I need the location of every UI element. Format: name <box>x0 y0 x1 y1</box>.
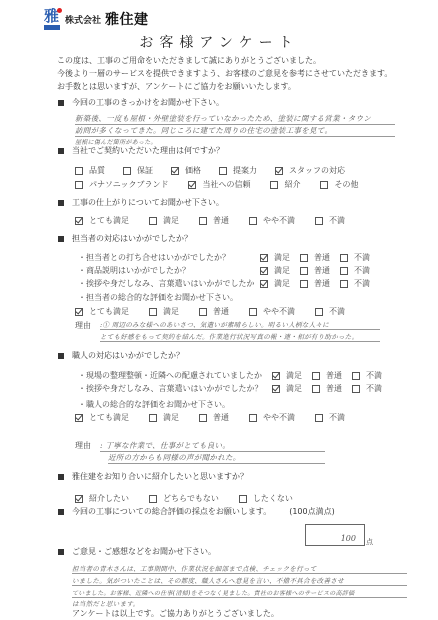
q8-answer-line-2: いました。気がついたことは、その都度、職人さんへ意見を言い、不備不具合を改善させ <box>72 576 407 586</box>
checkbox[interactable] <box>270 181 278 189</box>
checkbox-checked[interactable] <box>75 414 83 422</box>
checkbox[interactable] <box>315 414 323 422</box>
checkbox-checked[interactable] <box>75 308 83 316</box>
checkbox[interactable] <box>340 280 348 288</box>
q4-reason-label: 理由 <box>75 320 91 331</box>
q5-heading: 職人の対応はいかがでしたか？ <box>58 350 184 361</box>
bullet-square-icon <box>58 549 64 555</box>
checkbox-checked[interactable] <box>272 385 280 393</box>
checkbox[interactable] <box>75 167 83 175</box>
q2-options-row2: パナソニックブランド 当社への信頼 紹介 その他 <box>75 179 372 190</box>
page-title: お客様アンケート <box>0 32 438 52</box>
q5-overall-label: ・職人の総合的な評価をお聞かせ下さい。 <box>78 399 230 410</box>
checkbox[interactable] <box>340 254 348 262</box>
checkbox-checked[interactable] <box>275 167 283 175</box>
q4-sub-row: ・挨拶や身だしなみ、言葉遣いはいかがでしたか 満足 普通 不満 <box>78 278 384 289</box>
q5-reason-label: 理由 <box>75 440 91 451</box>
q6-heading: 雅住建をお知り合いに紹介したいと思いますか？ <box>58 471 248 482</box>
checkbox[interactable] <box>300 267 308 275</box>
checkbox-checked[interactable] <box>260 254 268 262</box>
closing-text: アンケートは以上です。ご協力ありがとうございました。 <box>72 608 279 619</box>
checkbox-checked[interactable] <box>188 181 196 189</box>
q4-overall-label: ・担当者の総合的な評価をお聞かせ下さい。 <box>78 292 238 303</box>
q4-overall-options: とても満足 満足 普通 やや不満 不満 <box>75 306 359 317</box>
company-logo: 雅 株式会社 雅住建 <box>44 8 149 30</box>
q2-heading: 当社でご契約いただいた理由は何ですか？ <box>58 145 224 156</box>
score-value: 100 <box>341 534 356 543</box>
q3-options: とても満足 満足 普通 やや不満 不満 <box>75 215 359 226</box>
checkbox[interactable] <box>199 217 207 225</box>
checkbox[interactable] <box>312 372 320 380</box>
q4-sub-row: ・商品説明はいかがでしたか？ 満足 普通 不満 <box>78 265 384 276</box>
checkbox[interactable] <box>123 167 131 175</box>
checkbox[interactable] <box>249 308 257 316</box>
bullet-square-icon <box>58 200 64 206</box>
bullet-square-icon <box>58 236 64 242</box>
checkbox[interactable] <box>352 385 360 393</box>
company-name: 雅住建 <box>105 9 149 29</box>
checkbox[interactable] <box>149 308 157 316</box>
score-unit: 点 <box>366 537 373 547</box>
checkbox[interactable] <box>149 495 157 503</box>
checkbox[interactable] <box>199 308 207 316</box>
checkbox[interactable] <box>199 414 207 422</box>
checkbox-checked[interactable] <box>260 280 268 288</box>
checkbox[interactable] <box>219 167 227 175</box>
checkbox[interactable] <box>300 254 308 262</box>
checkbox[interactable] <box>352 372 360 380</box>
checkbox[interactable] <box>300 280 308 288</box>
q1-heading: 今回の工事のきっかけをお聞かせ下さい。 <box>58 97 224 108</box>
checkbox[interactable] <box>315 308 323 316</box>
checkbox-checked[interactable] <box>260 267 268 275</box>
intro-text: この度は、工事のご用命をいただきまして誠にありがとうございました。 今後より一層… <box>57 54 392 93</box>
q4-sub-row: ・担当者との打ち合せはいかがでしたか？ 満足 普通 不満 <box>78 252 384 263</box>
checkbox[interactable] <box>149 217 157 225</box>
score-input[interactable]: 100 <box>305 524 365 546</box>
q6-options: 紹介したい どちらでもない したくない <box>75 493 307 504</box>
logo-mark-icon: 雅 <box>44 8 62 30</box>
checkbox[interactable] <box>249 217 257 225</box>
checkbox[interactable] <box>312 385 320 393</box>
q1-answer-line-1: 新築後、一度も屋根・外壁塗装を行っていなかったため、塗装に関する営業・タウン <box>75 113 395 125</box>
q5-sub-row: ・挨拶や身だしなみ、言葉遣いはいかがでしたか？ 満足 普通 不満 <box>78 383 396 394</box>
checkbox[interactable] <box>249 414 257 422</box>
q8-heading: ご意見・ご感想などをお聞かせ下さい。 <box>58 546 216 557</box>
bullet-square-icon <box>58 148 64 154</box>
q2-options-row1: 品質 保証 価格 提案力 スタッフの対応 <box>75 165 359 176</box>
q7-heading: 今回の工事についての総合評価の採点をお願いします。 (100点満点) <box>58 506 335 517</box>
q4-reason-line-2: とても好感をもって契約を結んだ。作業進行状況写真の報・連・相が有り助かった。 <box>100 332 380 342</box>
q5-overall-options: とても満足 満足 普通 やや不満 不満 <box>75 412 359 423</box>
q8-answer-line-3: ていました。お客様、近隣への仕事(清掃)をそつなく見ました。貴社のお客様へのサー… <box>72 588 407 598</box>
company-prefix: 株式会社 <box>65 13 101 26</box>
q7-note: (100点満点) <box>289 506 335 517</box>
q4-heading: 担当者の対応はいかがでしたか？ <box>58 233 192 244</box>
bullet-square-icon <box>58 509 64 515</box>
bullet-square-icon <box>58 353 64 359</box>
checkbox[interactable] <box>75 181 83 189</box>
checkbox-checked[interactable] <box>171 167 179 175</box>
q5-sub-row: ・現場の整理整頓・近隣への配慮されていましたか 満足 普通 不満 <box>78 370 396 381</box>
checkbox-checked[interactable] <box>272 372 280 380</box>
checkbox[interactable] <box>320 181 328 189</box>
q8-answer-line-4: は当然だと思います。 <box>72 599 139 608</box>
checkbox[interactable] <box>340 267 348 275</box>
checkbox[interactable] <box>239 495 247 503</box>
checkbox[interactable] <box>315 217 323 225</box>
checkbox-checked[interactable] <box>75 495 83 503</box>
bullet-square-icon <box>58 474 64 480</box>
q3-heading: 工事の仕上がりについてお聞かせ下さい。 <box>58 197 224 208</box>
q8-answer-line-1: 担当者の青木さんは、工事期間中、作業状況を細部まで点検、チェックを行って <box>72 564 407 574</box>
bullet-square-icon <box>58 100 64 106</box>
checkbox[interactable] <box>149 414 157 422</box>
q4-reason-line-1: :① 周辺のみな様へのあいさつ、気遣いが素晴らしい。明るい人柄な人々に <box>100 320 380 330</box>
q1-answer-line-2: 訪問が多くなってきた。同じころに建てた周りの住宅の塗装工事を見て。 <box>75 125 395 137</box>
q5-reason-line-2: 近所の方からも同様の声が聞かれた。 <box>108 452 325 464</box>
checkbox-checked[interactable] <box>75 217 83 225</box>
q5-reason-line-1: : 丁寧な作業で、仕事がとても良い。 <box>100 440 325 452</box>
